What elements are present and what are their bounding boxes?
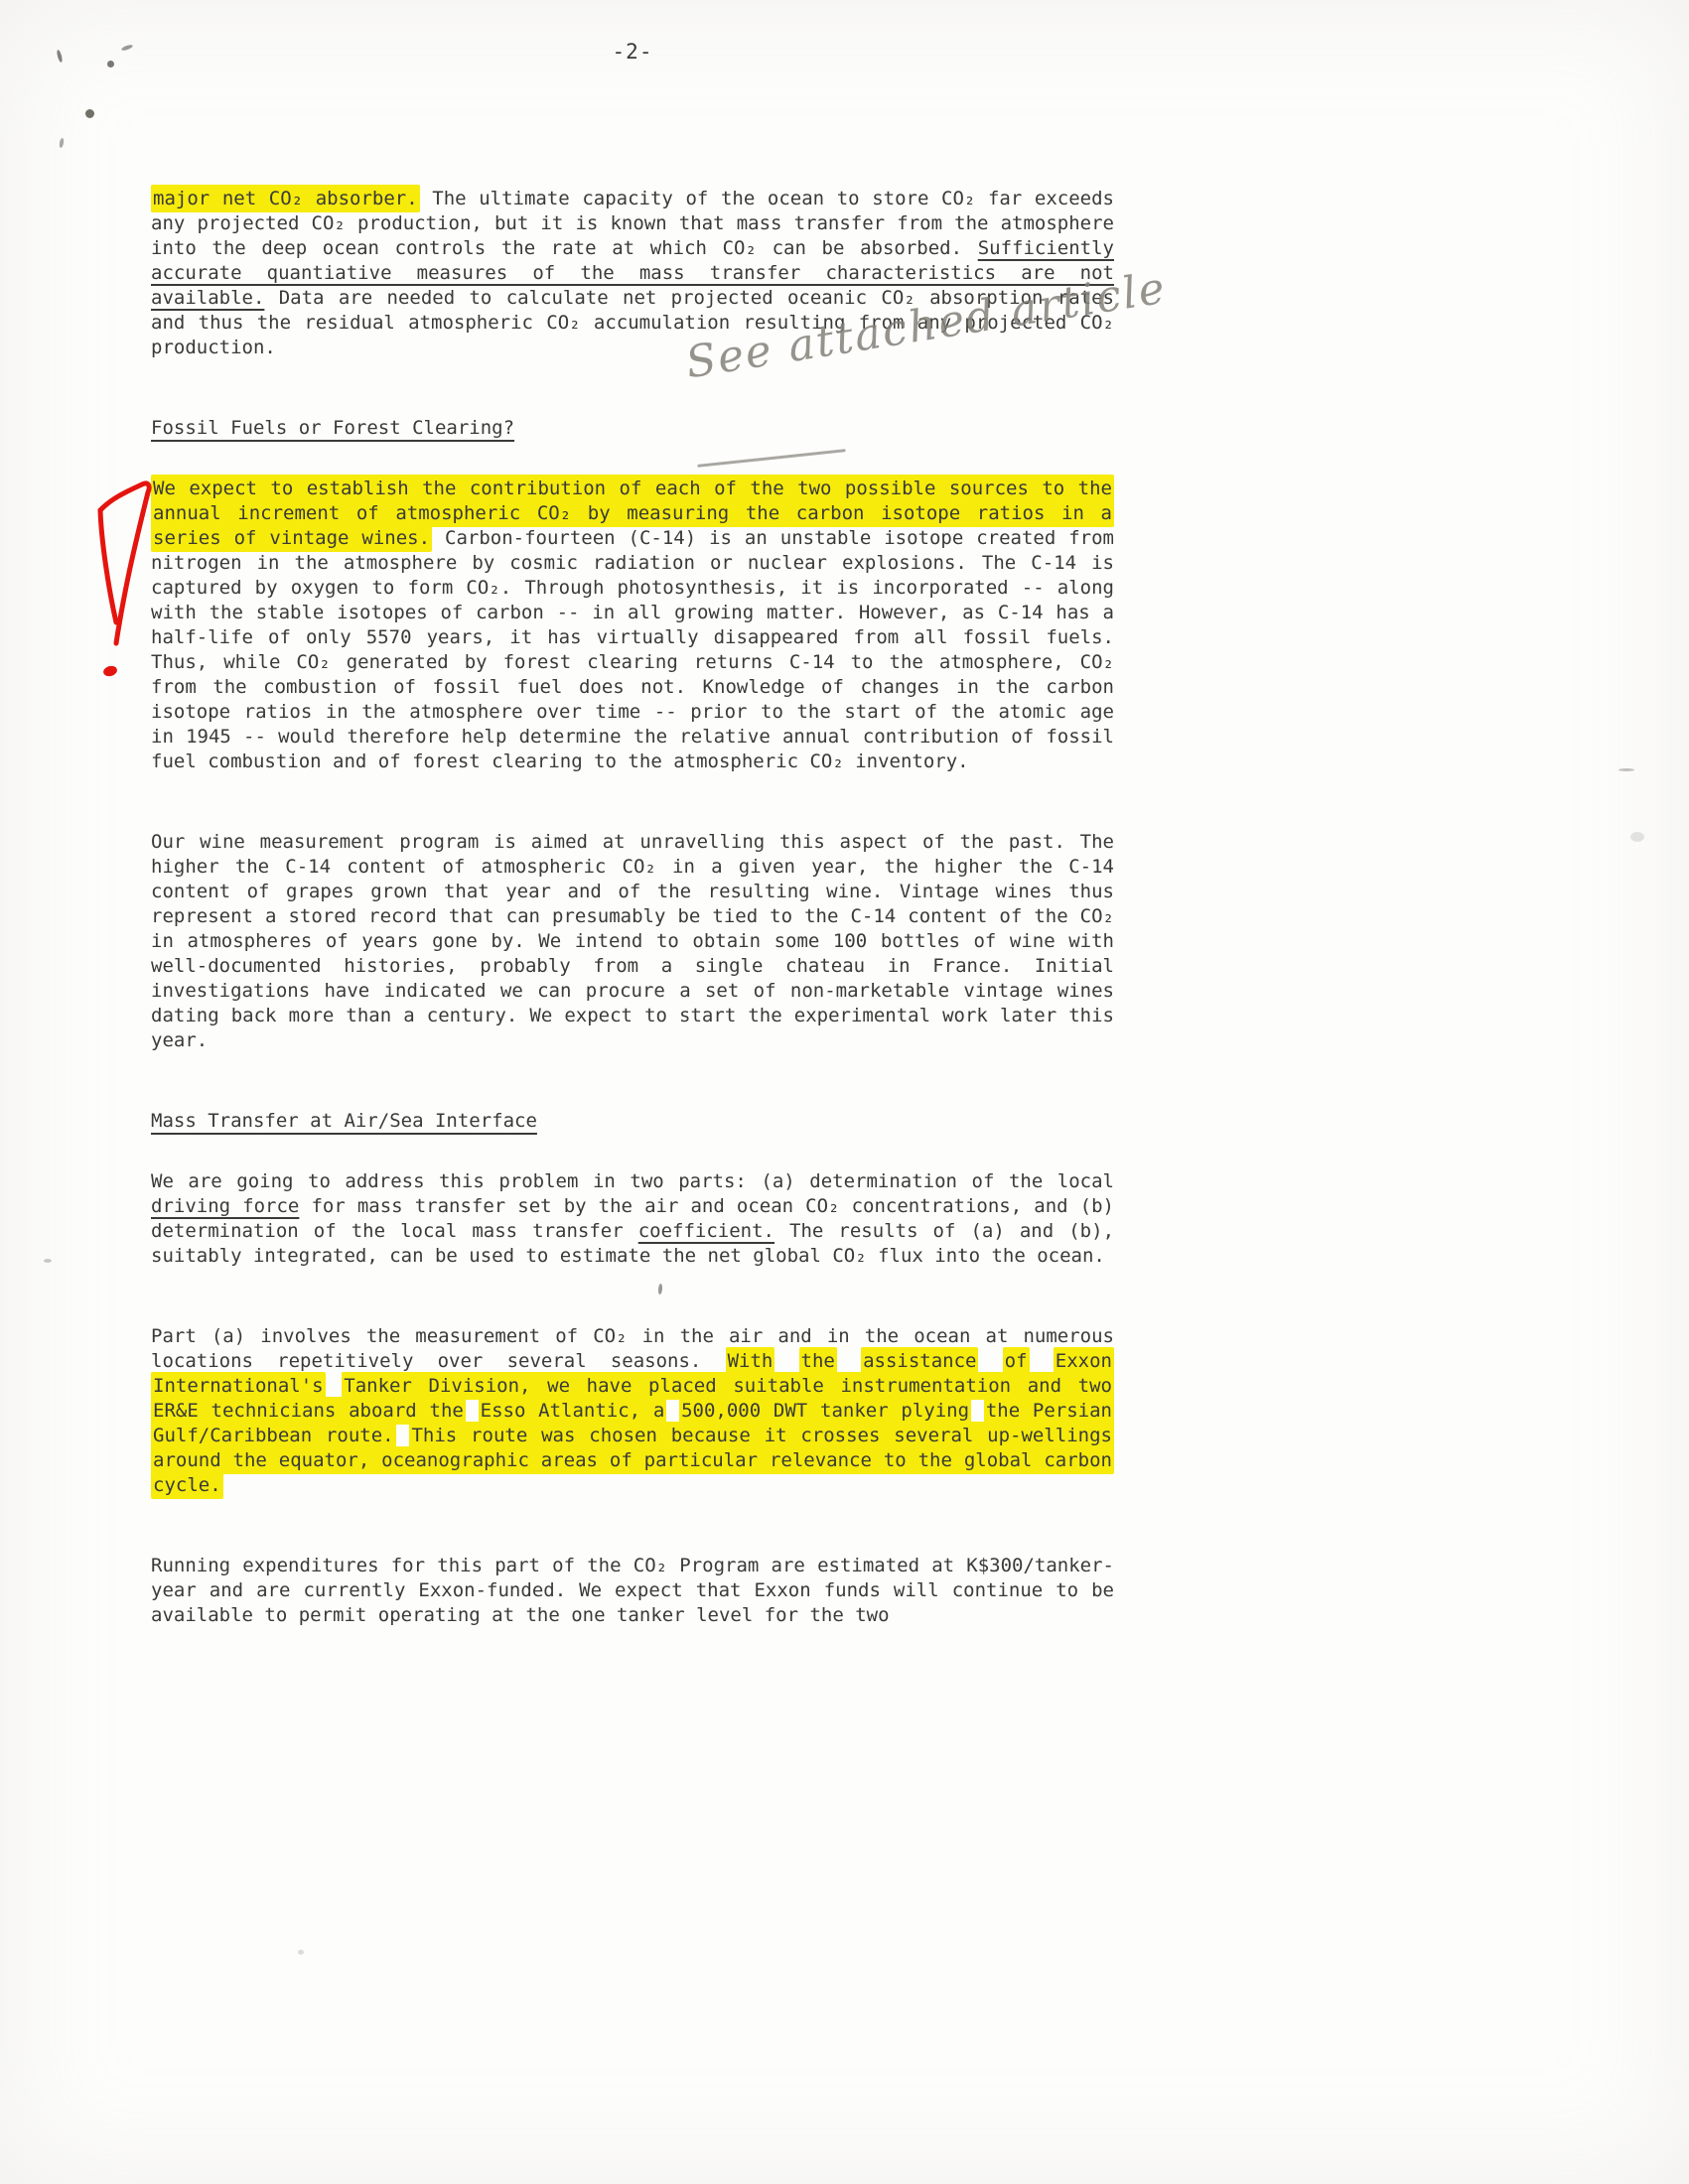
tanker-paragraph: Part (a) involves the measurement of CO₂… [151,1324,1114,1498]
expenditures-paragraph: Running expenditures for this part of th… [151,1554,1114,1628]
text-segment [666,1400,679,1422]
scan-speck [1619,768,1634,771]
fossil-fuels-heading: Fossil Fuels or Forest Clearing? [151,416,1114,441]
text-segment [466,1400,479,1422]
section-heading-text: Mass Transfer at Air/Sea Interface [151,1110,537,1132]
scan-speck [59,138,65,149]
highlighted-text: of [1003,1347,1030,1375]
scan-speck [121,44,134,52]
scan-speck [298,1950,304,1955]
text-segment [326,1375,343,1397]
text-segment: Carbon-fourteen (C-14) is an unstable is… [151,527,1114,772]
text-segment [1030,1350,1054,1372]
text-segment: Running expenditures for this part of th… [151,1555,1114,1626]
underlined-text: driving force [151,1195,299,1217]
page-number: -2- [151,40,1114,64]
highlighted-text: Esso Atlantic, a [479,1397,667,1425]
text-segment [396,1425,410,1446]
scan-speck [1630,832,1644,842]
highlighted-text: 500,000 DWT tanker plying [679,1397,971,1425]
scan-speck [107,61,114,68]
highlighted-text: assistance [861,1347,978,1375]
document-page: -2- major net CO₂ absorber. The ultimate… [0,0,1689,2184]
text-segment [978,1350,1002,1372]
text-segment [774,1350,798,1372]
c14-isotope-paragraph: We expect to establish the contribution … [151,477,1114,774]
mass-transfer-heading: Mass Transfer at Air/Sea Interface [151,1109,1114,1134]
text-column: major net CO₂ absorber. The ultimate cap… [151,187,1114,1684]
scan-speck [56,50,63,64]
underlined-text: coefficient. [638,1220,774,1242]
wine-program-paragraph: Our wine measurement program is aimed at… [151,830,1114,1053]
text-segment [837,1350,861,1372]
highlighted-text: major net CO₂ absorber. [151,185,420,212]
two-parts-paragraph: We are going to address this problem in … [151,1169,1114,1269]
scan-speck [44,1259,52,1263]
section-heading-text: Fossil Fuels or Forest Clearing? [151,417,514,439]
scan-speck [85,109,94,118]
text-segment: Our wine measurement program is aimed at… [151,831,1114,1051]
text-segment [971,1400,984,1422]
highlighted-text: the [799,1347,837,1375]
text-segment: We are going to address this problem in … [151,1170,1114,1192]
highlighted-text: With [726,1347,775,1375]
